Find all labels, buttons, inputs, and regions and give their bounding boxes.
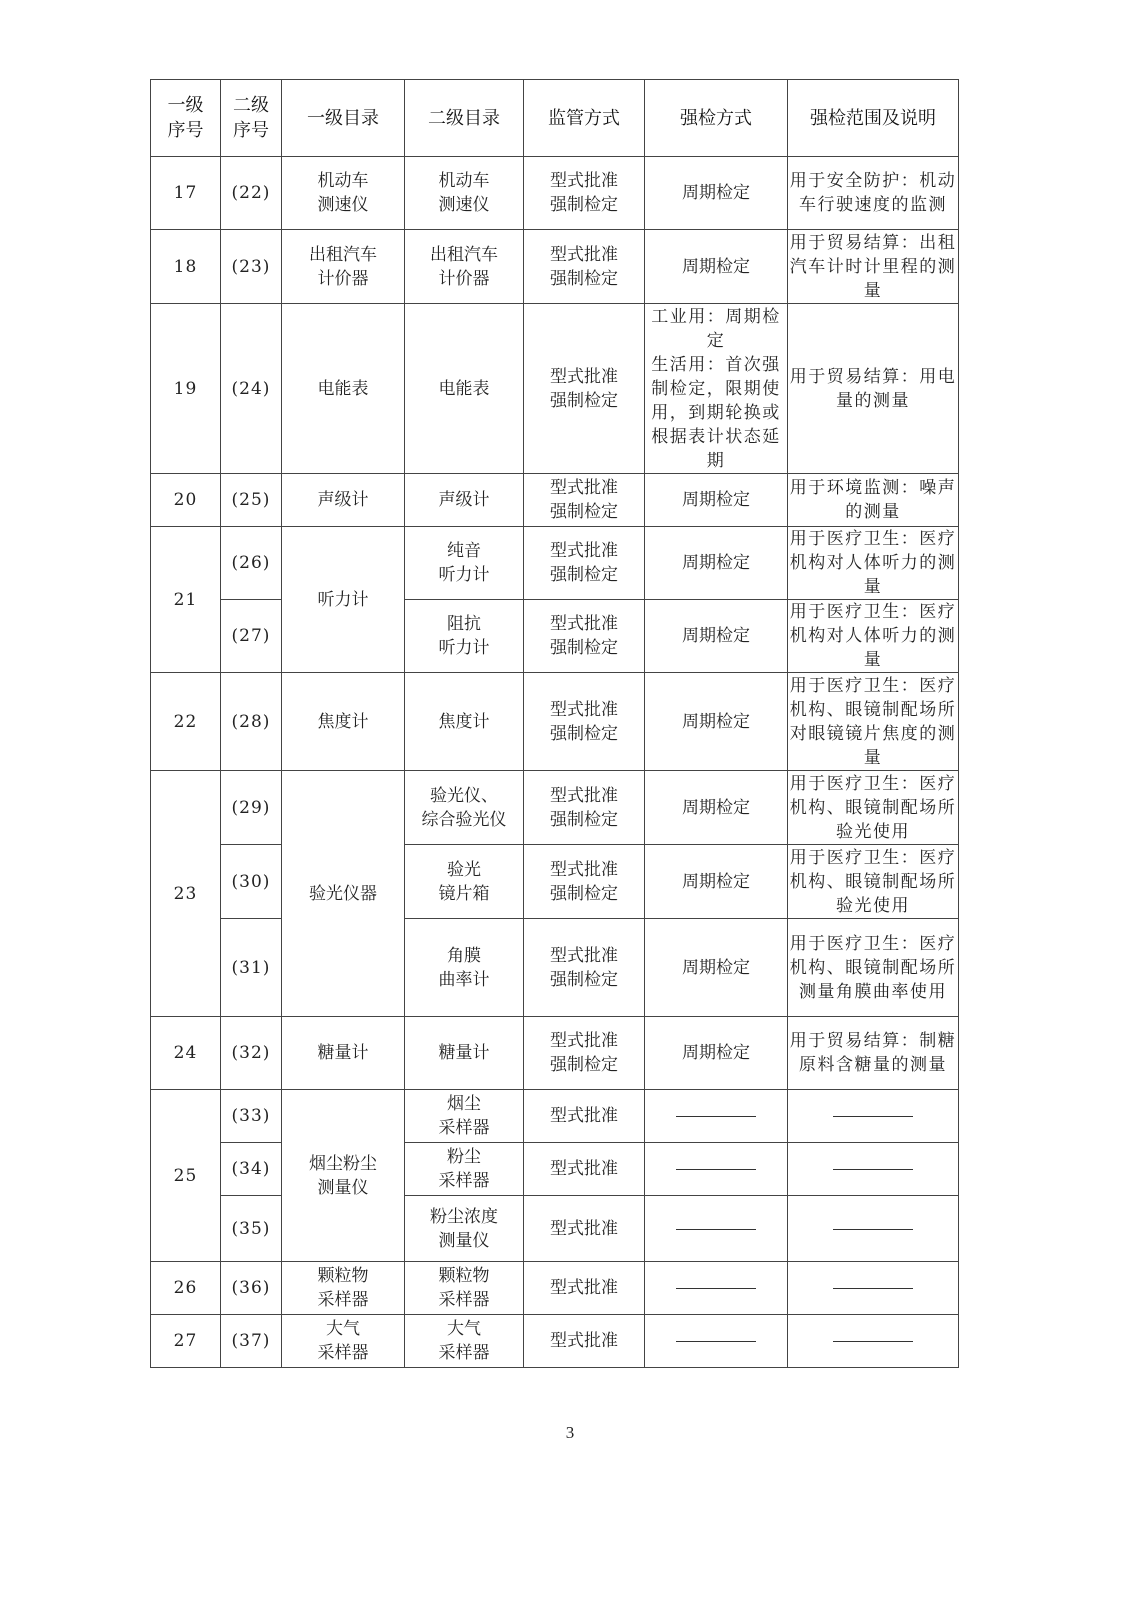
inspection-method: 周期检定: [645, 845, 788, 919]
header-inspection-method: 强检方式: [645, 80, 788, 157]
level2-catalog: 电能表: [405, 304, 524, 474]
level1-catalog: 烟尘粉尘 测量仪: [282, 1090, 405, 1262]
header-supervision: 监管方式: [524, 80, 645, 157]
level2-no: (32): [221, 1017, 282, 1090]
level1-catalog: 听力计: [282, 527, 405, 673]
level2-catalog: 颗粒物 采样器: [405, 1262, 524, 1315]
level2-no: (28): [221, 673, 282, 771]
level2-no: (26): [221, 527, 282, 600]
supervision: 型式批准 强制检定: [524, 673, 645, 771]
table-row: 19 (24) 电能表 电能表 型式批准 强制检定 工业用：周期检定 生活用：首…: [151, 304, 959, 474]
level1-no: 24: [151, 1017, 221, 1090]
scope-description: 用于贸易结算：用电量的测量: [788, 304, 959, 474]
level2-no: (27): [221, 600, 282, 673]
empty-dash: [833, 1116, 913, 1117]
header-level2-catalog: 二级目录: [405, 80, 524, 157]
scope-description: 用于安全防护：机动车行驶速度的监测: [788, 157, 959, 230]
supervision: 型式批准 强制检定: [524, 771, 645, 845]
empty-dash: [833, 1288, 913, 1289]
header-row: 一级 序号 二级 序号 一级目录 二级目录 监管方式 强检方式 强检范围及说明: [151, 80, 959, 157]
supervision: 型式批准: [524, 1143, 645, 1196]
supervision: 型式批准: [524, 1262, 645, 1315]
scope-description: 用于医疗卫生：医疗机构对人体听力的测量: [788, 600, 959, 673]
scope-description: [788, 1262, 959, 1315]
level1-no: 18: [151, 230, 221, 304]
level2-no: (25): [221, 474, 282, 527]
level2-catalog: 阻抗 听力计: [405, 600, 524, 673]
table-row: 24 (32) 糖量计 糖量计 型式批准 强制检定 周期检定 用于贸易结算：制糖…: [151, 1017, 959, 1090]
supervision: 型式批准 强制检定: [524, 304, 645, 474]
table-row: 27 (37) 大气 采样器 大气 采样器 型式批准: [151, 1315, 959, 1368]
inspection-method: [645, 1143, 788, 1196]
scope-description: 用于环境监测：噪声的测量: [788, 474, 959, 527]
supervision: 型式批准 强制检定: [524, 230, 645, 304]
scope-description: [788, 1143, 959, 1196]
level1-catalog: 机动车 测速仪: [282, 157, 405, 230]
table-row: 22 (28) 焦度计 焦度计 型式批准 强制检定 周期检定 用于医疗卫生：医疗…: [151, 673, 959, 771]
scope-description: 用于医疗卫生：医疗机构、眼镜制配场所对眼镜镜片焦度的测量: [788, 673, 959, 771]
table-row: 23 (29) 验光仪器 验光仪、 综合验光仪 型式批准 强制检定 周期检定 用…: [151, 771, 959, 845]
supervision: 型式批准 强制检定: [524, 845, 645, 919]
inspection-method: 周期检定: [645, 157, 788, 230]
level2-catalog: 机动车 测速仪: [405, 157, 524, 230]
inspection-method: [645, 1090, 788, 1143]
level2-no: (30): [221, 845, 282, 919]
page-number: 3: [0, 1423, 1140, 1443]
table-row: (27) 阻抗 听力计 型式批准 强制检定 周期检定 用于医疗卫生：医疗机构对人…: [151, 600, 959, 673]
inspection-method: 周期检定: [645, 919, 788, 1017]
table-row: (30) 验光 镜片箱 型式批准 强制检定 周期检定 用于医疗卫生：医疗机构、眼…: [151, 845, 959, 919]
supervision: 型式批准 强制检定: [524, 527, 645, 600]
inspection-method: 周期检定: [645, 474, 788, 527]
supervision: 型式批准: [524, 1315, 645, 1368]
supervision: 型式批准: [524, 1090, 645, 1143]
scope-description: 用于贸易结算：制糖原料含糖量的测量: [788, 1017, 959, 1090]
level2-catalog: 验光仪、 综合验光仪: [405, 771, 524, 845]
inspection-method: [645, 1262, 788, 1315]
level2-no: (29): [221, 771, 282, 845]
metrology-catalog-table: 一级 序号 二级 序号 一级目录 二级目录 监管方式 强检方式 强检范围及说明 …: [150, 79, 959, 1368]
level1-no: 23: [151, 771, 221, 1017]
level1-catalog: 电能表: [282, 304, 405, 474]
inspection-method: 周期检定: [645, 1017, 788, 1090]
scope-description: 用于贸易结算：出租汽车计时计里程的测量: [788, 230, 959, 304]
level2-no: (35): [221, 1196, 282, 1262]
level1-no: 21: [151, 527, 221, 673]
empty-dash: [676, 1116, 756, 1117]
level1-no: 26: [151, 1262, 221, 1315]
level1-catalog: 出租汽车 计价器: [282, 230, 405, 304]
level1-no: 25: [151, 1090, 221, 1262]
level1-no: 27: [151, 1315, 221, 1368]
inspection-method: [645, 1196, 788, 1262]
level1-catalog: 焦度计: [282, 673, 405, 771]
level2-catalog: 角膜 曲率计: [405, 919, 524, 1017]
level1-catalog: 大气 采样器: [282, 1315, 405, 1368]
empty-dash: [676, 1169, 756, 1170]
inspection-method: 周期检定: [645, 527, 788, 600]
level2-catalog: 焦度计: [405, 673, 524, 771]
empty-dash: [833, 1169, 913, 1170]
scope-description: [788, 1315, 959, 1368]
inspection-method: 周期检定: [645, 673, 788, 771]
level2-catalog: 糖量计: [405, 1017, 524, 1090]
scope-description: 用于医疗卫生：医疗机构、眼镜制配场所验光使用: [788, 771, 959, 845]
supervision: 型式批准 强制检定: [524, 157, 645, 230]
level1-catalog: 声级计: [282, 474, 405, 527]
level2-no: (23): [221, 230, 282, 304]
supervision: 型式批准 强制检定: [524, 919, 645, 1017]
table-row: 20 (25) 声级计 声级计 型式批准 强制检定 周期检定 用于环境监测：噪声…: [151, 474, 959, 527]
level2-catalog: 大气 采样器: [405, 1315, 524, 1368]
table-row: 25 (33) 烟尘粉尘 测量仪 烟尘 采样器 型式批准: [151, 1090, 959, 1143]
empty-dash: [676, 1229, 756, 1230]
level1-catalog: 糖量计: [282, 1017, 405, 1090]
level1-no: 17: [151, 157, 221, 230]
empty-dash: [833, 1229, 913, 1230]
level2-catalog: 粉尘 采样器: [405, 1143, 524, 1196]
table-row: (31) 角膜 曲率计 型式批准 强制检定 周期检定 用于医疗卫生：医疗机构、眼…: [151, 919, 959, 1017]
level2-catalog: 纯音 听力计: [405, 527, 524, 600]
header-level2-no: 二级 序号: [221, 80, 282, 157]
supervision: 型式批准 强制检定: [524, 474, 645, 527]
level2-no: (31): [221, 919, 282, 1017]
table-row: 21 (26) 听力计 纯音 听力计 型式批准 强制检定 周期检定 用于医疗卫生…: [151, 527, 959, 600]
empty-dash: [676, 1288, 756, 1289]
scope-description: [788, 1090, 959, 1143]
level2-catalog: 出租汽车 计价器: [405, 230, 524, 304]
level2-catalog: 粉尘浓度 测量仪: [405, 1196, 524, 1262]
scope-description: 用于医疗卫生：医疗机构对人体听力的测量: [788, 527, 959, 600]
scope-description: 用于医疗卫生：医疗机构、眼镜制配场所验光使用: [788, 845, 959, 919]
level2-catalog: 声级计: [405, 474, 524, 527]
inspection-method: 周期检定: [645, 230, 788, 304]
level2-no: (33): [221, 1090, 282, 1143]
supervision: 型式批准 强制检定: [524, 600, 645, 673]
inspection-method: 工业用：周期检定 生活用：首次强制检定，限期使用，到期轮换或根据表计状态延期: [645, 304, 788, 474]
level2-no: (22): [221, 157, 282, 230]
level2-no: (37): [221, 1315, 282, 1368]
supervision: 型式批准 强制检定: [524, 1017, 645, 1090]
header-level1-catalog: 一级目录: [282, 80, 405, 157]
supervision: 型式批准: [524, 1196, 645, 1262]
level1-no: 22: [151, 673, 221, 771]
level1-catalog: 颗粒物 采样器: [282, 1262, 405, 1315]
table-row: 26 (36) 颗粒物 采样器 颗粒物 采样器 型式批准: [151, 1262, 959, 1315]
table-row: (35) 粉尘浓度 测量仪 型式批准: [151, 1196, 959, 1262]
level2-catalog: 验光 镜片箱: [405, 845, 524, 919]
level2-no: (24): [221, 304, 282, 474]
inspection-method: 周期检定: [645, 771, 788, 845]
inspection-method: [645, 1315, 788, 1368]
empty-dash: [833, 1341, 913, 1342]
header-level1-no: 一级 序号: [151, 80, 221, 157]
level1-no: 20: [151, 474, 221, 527]
header-scope: 强检范围及说明: [788, 80, 959, 157]
scope-description: 用于医疗卫生：医疗机构、眼镜制配场所测量角膜曲率使用: [788, 919, 959, 1017]
table-row: 17 (22) 机动车 测速仪 机动车 测速仪 型式批准 强制检定 周期检定 用…: [151, 157, 959, 230]
level2-no: (36): [221, 1262, 282, 1315]
scope-description: [788, 1196, 959, 1262]
table-row: (34) 粉尘 采样器 型式批准: [151, 1143, 959, 1196]
inspection-method: 周期检定: [645, 600, 788, 673]
level2-catalog: 烟尘 采样器: [405, 1090, 524, 1143]
level1-no: 19: [151, 304, 221, 474]
level1-catalog: 验光仪器: [282, 771, 405, 1017]
empty-dash: [676, 1341, 756, 1342]
table-row: 18 (23) 出租汽车 计价器 出租汽车 计价器 型式批准 强制检定 周期检定…: [151, 230, 959, 304]
level2-no: (34): [221, 1143, 282, 1196]
